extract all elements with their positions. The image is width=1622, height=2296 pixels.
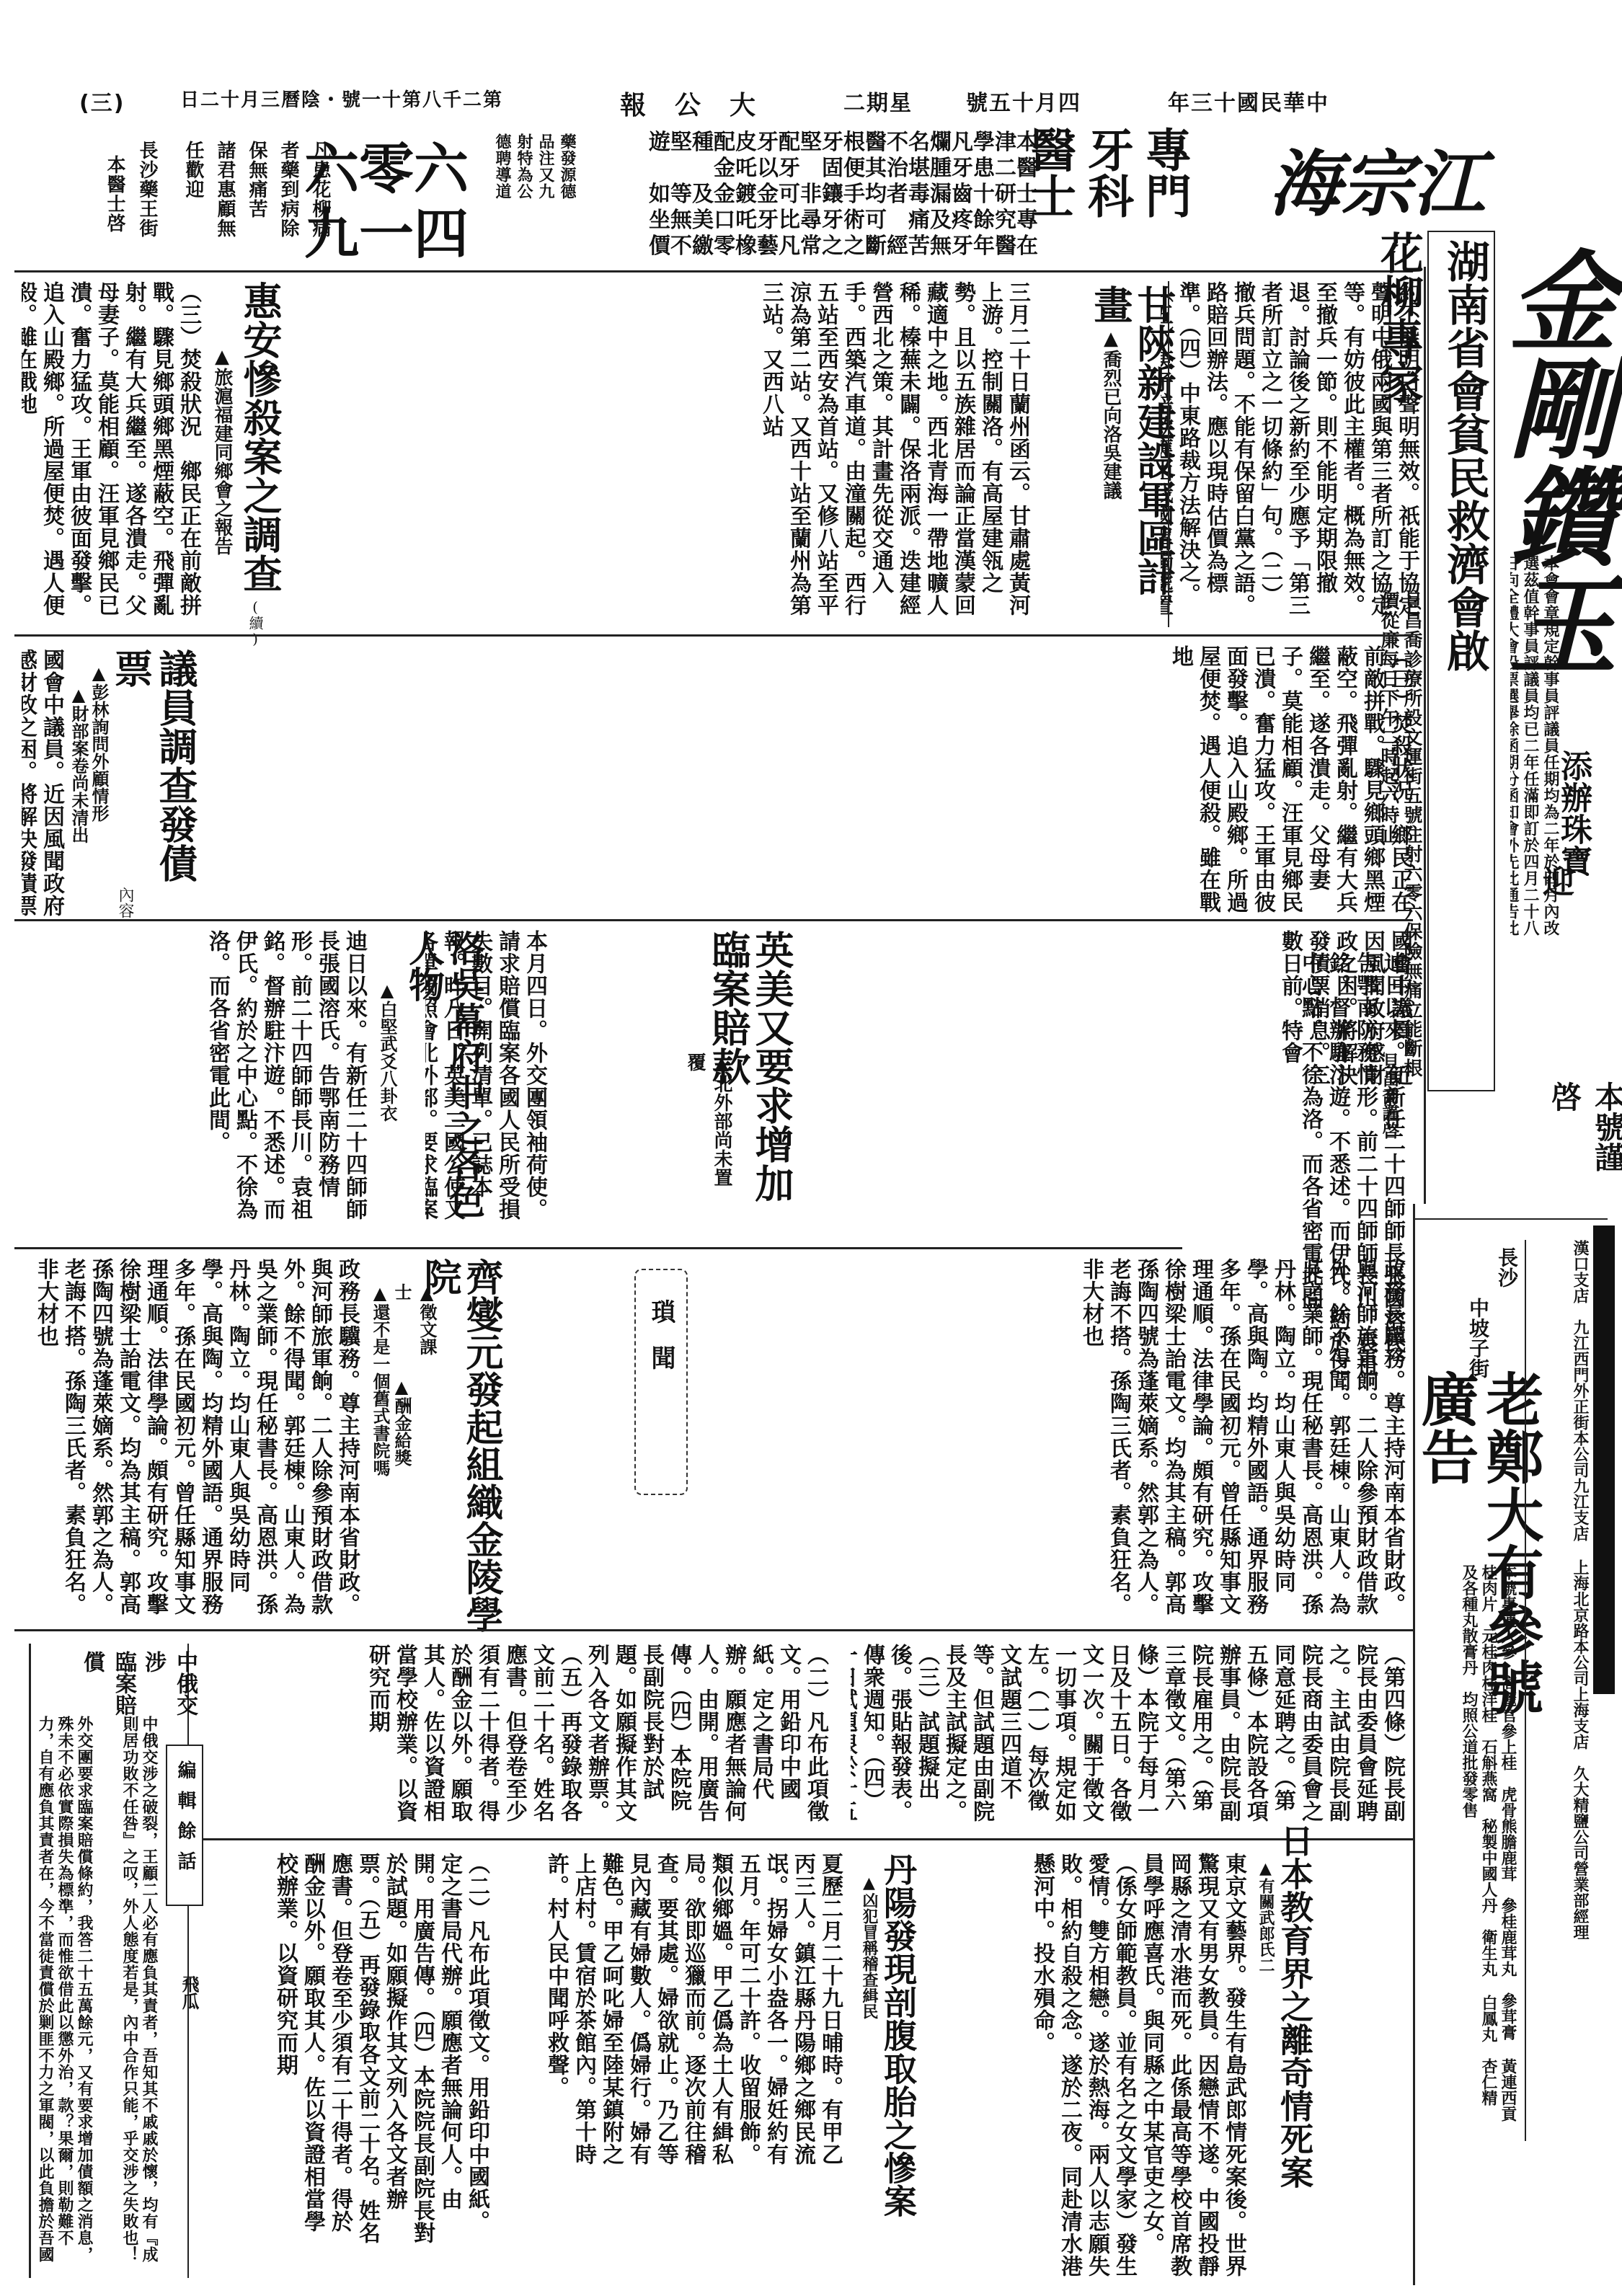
relief-title: 湖南省會貧民救濟會啟 <box>1427 231 1495 1091</box>
ad-606-title: 六零六 九一四 <box>288 137 469 267</box>
lower-left-body: （二）凡布此項徵文。用鉛印中國紙。定之書局代辦。願應者無論何人。由開。用廣告傳。… <box>202 1853 490 2249</box>
row2-rule <box>14 919 1413 921</box>
ad-606-signature: 本醫士啓 <box>103 155 126 263</box>
gansu-subtitle: ▲喬烈已向洛吳建議 <box>1098 328 1125 602</box>
treaty-clause-text: 約不能明白聲明無效。祇能于協定聲明中俄兩國與第三者所訂之協定等。有妨彼此主權者。… <box>1161 281 1420 627</box>
gansu-rule <box>1168 281 1169 627</box>
editorial-left-rule <box>29 1644 31 2278</box>
ad-606-title-bottom: 九一四 <box>288 202 469 267</box>
huian-subtitle: ▲旅滬福建同鄉會之報告 <box>209 346 236 606</box>
jinling-rules-body: （第四條）院長副院長由委員會延聘之。主試由院長副院長商由委員會之同意延聘之。（第… <box>851 1644 1406 1824</box>
row5-rule <box>195 1838 1413 1840</box>
ad-dentist-title: 江宗海 <box>1197 144 1485 223</box>
exam-rules-left: （二）凡布此項徵文。用鉛印中國紙。定之書局代辦。願應者無論何人。由開。用廣告傳。… <box>195 1644 829 1824</box>
ad-606-line-4: 任歡迎 <box>182 141 205 263</box>
article-britain-us: 英美又要求增加臨案賠款 ▲北外部尚未置覆 <box>548 930 793 1240</box>
ad-dentist-line: 士研十齒漏毒者均手鑲非可金鍍金及等如 <box>577 182 1038 208</box>
paper-name: 報公大 <box>620 85 784 122</box>
top-rule <box>14 270 1413 272</box>
ad-medicine-606: 凡患花柳病 者藥到病除 保無痛苦 諸君惠顧無 任歡迎 長沙藥王街 本醫士啓 <box>29 133 332 270</box>
huian-body: （三）焚殺狀況 鄉民正在前敵拼戰。驟見鄉頭鄉黑煙蔽空。飛彈亂射。繼有大兵繼至。遂… <box>22 281 202 627</box>
japan-body: 東京文藝界。發生有島武郎情死案後。世界驚現又有男女教員。因戀情不遂。中國投靜岡縣… <box>916 1853 1247 2285</box>
gansu-body: 三月二十日蘭州函云。甘肅處黃河上游。控制關洛。有高屋建瓴之勢。且以五族雜居而論正… <box>303 281 1031 627</box>
japan-subtitle: ▲有關武郎氏二 <box>1254 1860 1277 2076</box>
ad-606-side-line: 品注又九 <box>535 133 555 263</box>
editorial-body-2: 外交團要求臨案賠償條約，我答二十五萬餘元，又有要求增加債額之消息，殊未不必依實際… <box>36 1716 94 2278</box>
editorial-heading-2: 臨案賠償 <box>76 1651 139 1716</box>
japan-title: 日本教育界之離奇情死案 <box>1276 1824 1313 2256</box>
councillor-subtitle-2: ▲財部案卷尚未清出 <box>66 685 92 865</box>
ginseng-item: 本號專運人參 高麗官參上桂 虎骨熊膽鹿茸 參桂鹿茸丸 參茸膏 <box>1499 1564 1517 2040</box>
ad-dentist-line: 本津學凡爛名不醫根牙堅配牙皮配種堅遊 <box>577 130 1038 156</box>
editorial-right-rule <box>187 1644 189 2278</box>
right-column-rule <box>1424 267 1426 1204</box>
ad-606-side: 藥發源德 品注又九 射特為公 德聘導道 <box>490 133 577 263</box>
trivia-box: 瑣聞 <box>634 1269 688 1495</box>
ad-dentist-sub1: 專門 <box>1139 126 1189 263</box>
ginseng-items: 本號專運人參 高麗官參上桂 虎骨熊膽鹿茸 參桂鹿茸丸 參茸膏 黃連西貢桂肉片 元… <box>1438 1564 1517 2127</box>
qi-subtitle-3: ▲還不是一個舊式書院嗎 <box>368 1283 393 1499</box>
masthead: (三) 日二十月三曆陰・號一十第八千二第 報公大 二期星 號五十月四 年三十國民… <box>0 79 1622 115</box>
qi-body: 政務長驥務。尊主持河南本省財政。與河師旅軍餉。二人除參預財政借款外。餘不得聞。郭… <box>728 1258 1406 1618</box>
ad-dentist-line: 在醫年牙無苦經斷之之常凡藝橡零繳不價 <box>577 234 1038 260</box>
editorial-body-1: 中俄交涉之破裂，王顧二人必有應負其責者，吾知其不戚戚於懷，均有『成則居功敗不任咎… <box>101 1716 159 2278</box>
editorial-author: 飛瓜 <box>177 1975 202 2010</box>
editorial-box: 編輯餘話 <box>166 1745 203 1906</box>
ginseng-inner-rule <box>1525 1240 1526 2141</box>
danyang-title: 丹陽發現剖腹取胎之慘案 <box>879 1853 917 2256</box>
ad-606-side-line: 德聘導道 <box>492 133 512 263</box>
ginseng-top-rule <box>1413 1218 1608 1220</box>
luoyang-body: 迪日以來。有新任二十四師師長張國溶氏。告鄂南防務情形。前二十四師師長川。袁祖銘。… <box>22 930 368 1240</box>
qi-subtitle-2: ▲酬金給獎 <box>389 1377 415 1478</box>
ad-dentist-sub3: 醫士 <box>1024 126 1074 263</box>
page-number: (三) <box>79 85 125 117</box>
row3-rule <box>14 1247 1182 1249</box>
luoyang-subtitle: ▲白堅武爻八卦衣 <box>375 980 400 1197</box>
ginseng-rule <box>1413 1204 1415 2285</box>
article-gansu: 甘陝新建設軍區計畫 ▲喬烈已向洛吳建議 <box>1009 285 1171 631</box>
western-date: 日二十月三曆陰・號一十第八千二第 <box>180 85 503 112</box>
relief-notice: 本會會章規定幹事員評議員任期均為二年於四月內改選茲值幹事員評議員均已二年任滿即訂… <box>1510 555 1561 944</box>
councillor-suffix: 內容 <box>115 887 135 918</box>
ginseng-branch: 上海北京路本公司上海支店 久大精鹽公司營業部經理 <box>1571 1559 1589 1940</box>
row1-rule <box>14 634 1413 637</box>
huian-title: 惠安慘殺案之調查 <box>238 281 281 627</box>
issue-date: 號五十月四 <box>966 85 1081 117</box>
edition: 二期星 <box>843 85 913 117</box>
luoyang-title: 洛吳幕府中之各色人物 <box>404 930 484 1233</box>
danyang-subtitle: ▲凶犯冒稱稽查緝民 <box>858 1874 880 2091</box>
ad-606-side-line: 射特為公 <box>513 133 533 263</box>
huian-suffix: (續) <box>245 598 266 647</box>
row4-rule <box>14 1629 1413 1631</box>
britain-us-subtitle: ▲北外部尚未置覆 <box>682 1052 735 1197</box>
ad-dentist-line: 醫二患牙腫堪治其便固 牙以吒金 <box>577 156 1038 182</box>
ad-606-address: 長沙藥王街 <box>136 141 159 263</box>
ginseng-branches: 漢口支店 九江西門外正街本公司九江支店 上海北京路本公司上海支店 久大精鹽公司營… <box>1539 1240 1590 2105</box>
huian-body-cont: （三）焚殺狀況 鄉民正在前敵拼戰。驟見鄉頭鄉黑煙蔽空。飛彈亂射。繼有大兵繼至。遂… <box>303 645 1413 934</box>
councillor-title: 議員調查發債票 <box>108 649 198 908</box>
ad-606-side-line: 藥發源德 <box>557 133 577 263</box>
ad-606-line-3: 諸君惠顧無 <box>213 141 236 263</box>
danyang-body: 夏歷二月二十九日晡時。有甲乙丙三人。鎮江縣丹陽鄉之鄉民流氓。拐婦女小盎各一。婦妊… <box>505 1853 843 2177</box>
ginseng-branch: 漢口支店 九江西門外正街本公司九江支店 <box>1571 1240 1589 1541</box>
qi-body-left: 政務長驥務。尊主持河南本省財政。與河師旅軍餉。二人除參預財政借款外。餘不得聞。郭… <box>22 1258 360 1618</box>
ad-606-title-top: 六零六 <box>288 137 469 202</box>
ad-606-line-2: 保無痛苦 <box>245 141 268 263</box>
era-year: 年三十國民華中 <box>1168 85 1329 117</box>
ad-dentist-text: 本津學凡爛名不醫根牙堅配牙皮配種堅遊 醫二患牙腫堪治其便固 牙以吒金 士研十齒漏… <box>577 130 1038 267</box>
black-banner <box>1593 1225 1615 1694</box>
councillor-body: 國會中議員。近因風聞政府感財政之困。將解決發債票消息。三數日前。特會 <box>22 649 65 923</box>
qi-subtitle-1: ▲徵文課士 <box>389 1283 440 1370</box>
editorial-heading-1: 中俄交涉 <box>137 1651 200 1716</box>
ad-dentist-line: 專究餘疼及痛 可術牙尋比牙吒口美無坐 <box>577 208 1038 234</box>
ginseng-location: 長沙 <box>1492 1247 1521 1334</box>
relief-signature-right: 本號謹啓 <box>1543 1081 1622 1197</box>
ad-dentist-sub2: 牙科 <box>1081 126 1132 263</box>
